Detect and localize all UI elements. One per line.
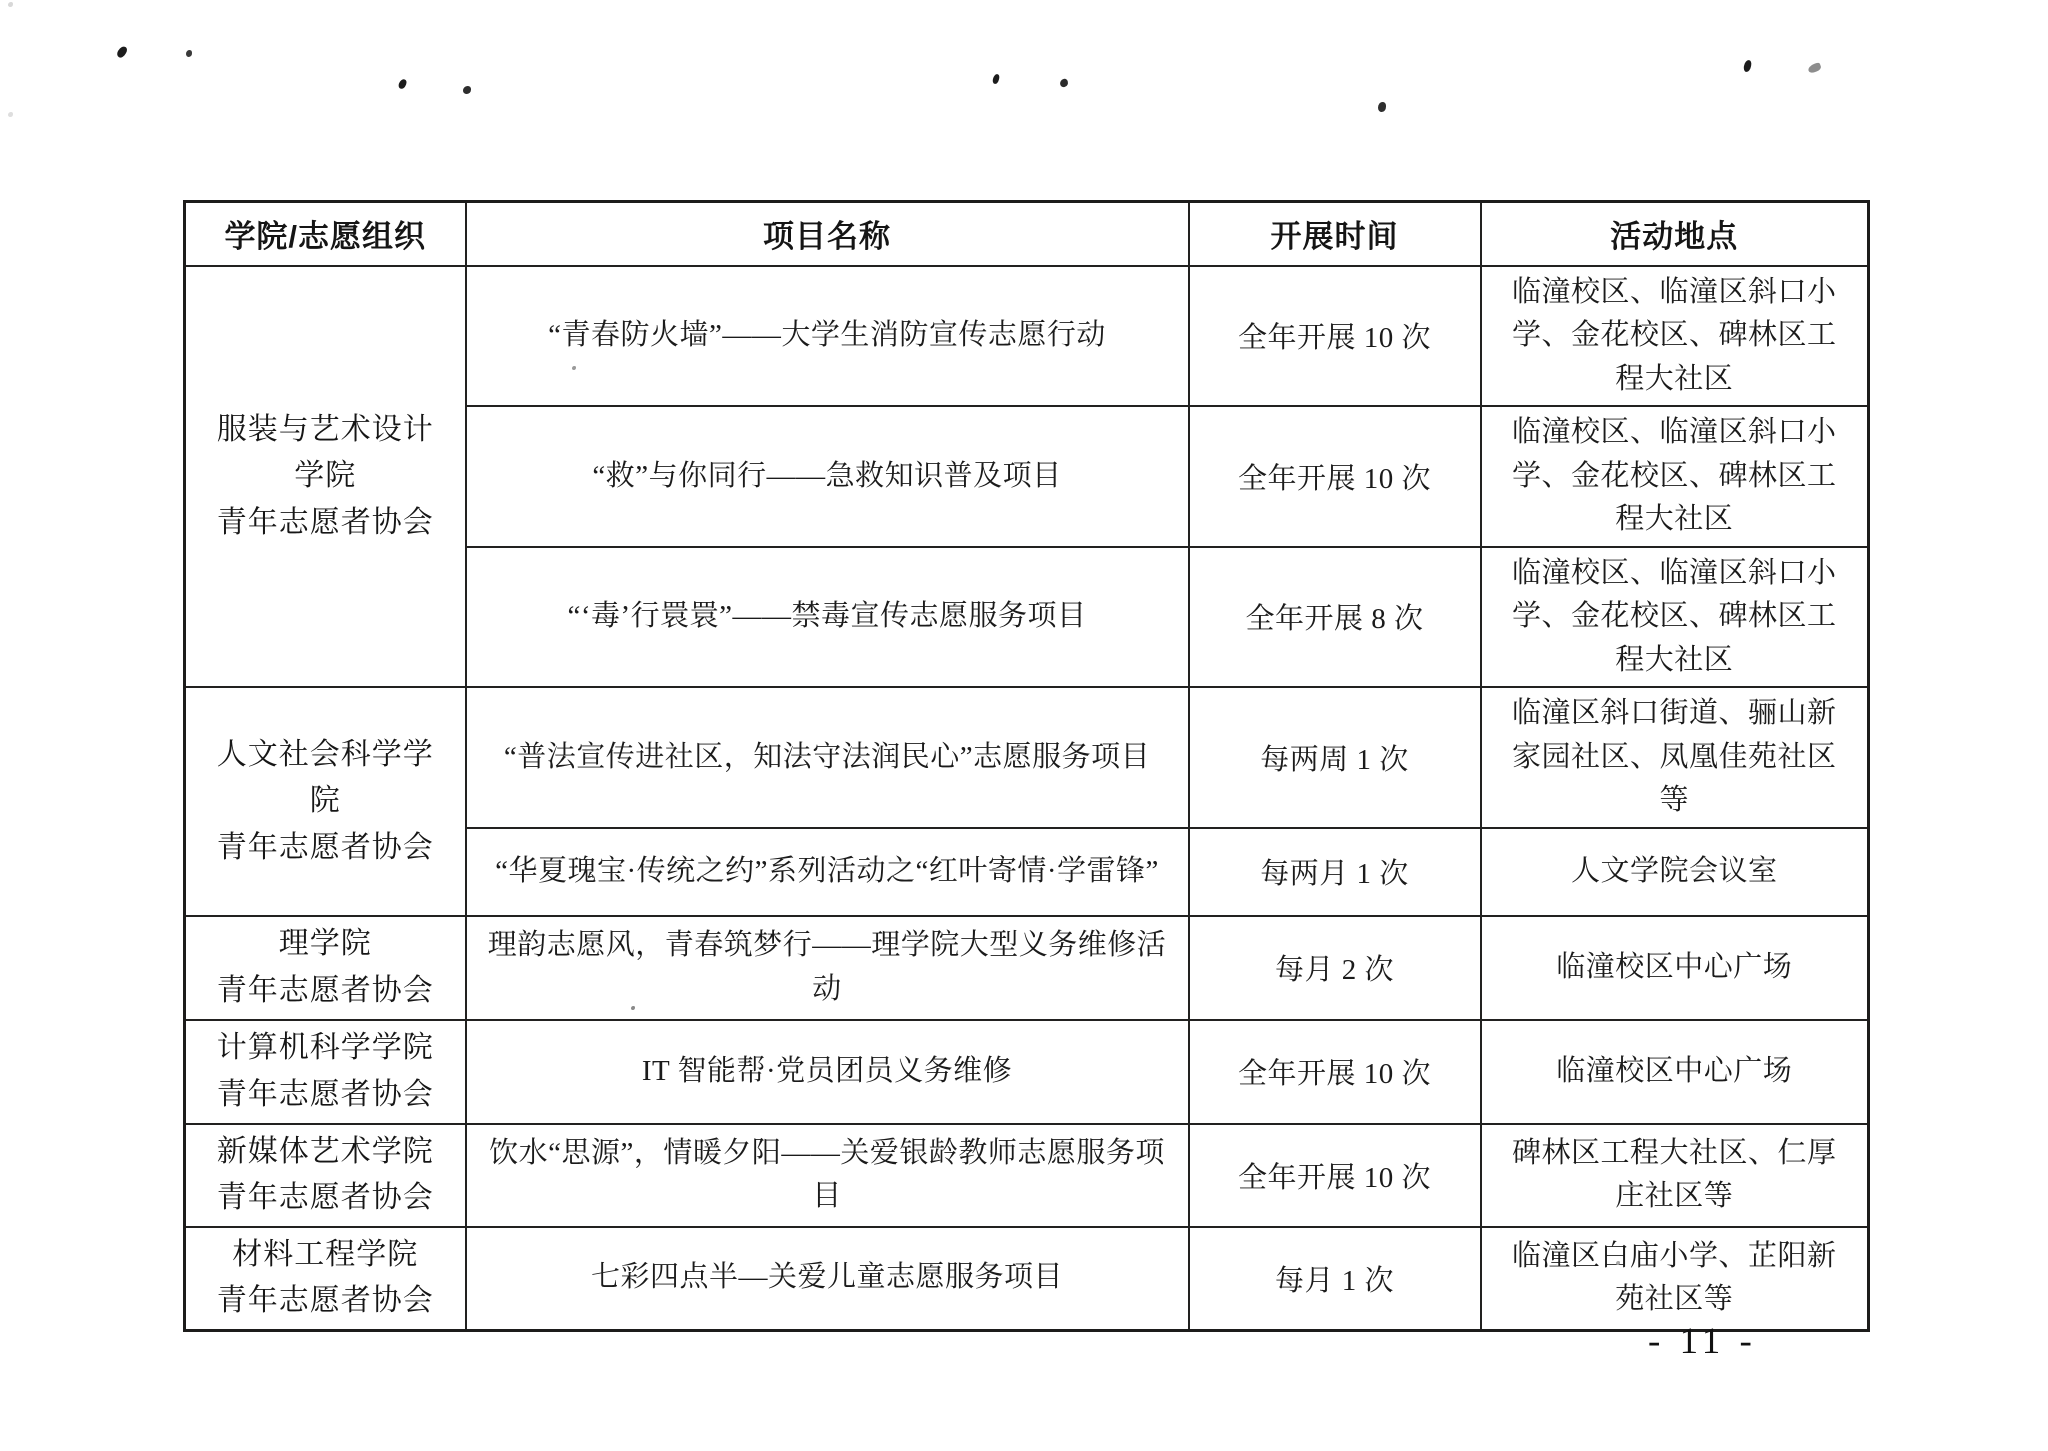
project-cell: “‘毒’行睘睘”——禁毒宣传志愿服务项目	[466, 547, 1189, 688]
table-row: 计算机科学学院 青年志愿者协会 IT 智能帮·党员团员义务维修 全年开展 10 …	[185, 1020, 1869, 1124]
header-time: 开展时间	[1189, 202, 1481, 266]
ink-speck	[8, 2, 13, 7]
header-project-name: 项目名称	[466, 202, 1189, 266]
time-cell: 每两周 1 次	[1189, 687, 1481, 828]
location-cell: 临潼区斜口街道、骊山新家园社区、凤凰佳苑社区等	[1481, 687, 1869, 828]
time-cell: 全年开展 10 次	[1189, 266, 1481, 407]
header-college-org: 学院/志愿组织	[185, 202, 466, 266]
org-cell: 人文社会科学学院 青年志愿者协会	[185, 687, 466, 916]
project-cell: 理韵志愿风，青春筑梦行——理学院大型义务维修活动	[466, 916, 1189, 1020]
project-cell: “普法宣传进社区，知法守法润民心”志愿服务项目	[466, 687, 1189, 828]
project-cell: 饮水“思源”，情暖夕阳——关爱银龄教师志愿服务项目	[466, 1124, 1189, 1227]
ink-speck	[1378, 102, 1386, 112]
location-cell: 临潼校区中心广场	[1481, 916, 1869, 1020]
table-row: 服装与艺术设计学院 青年志愿者协会 “青春防火墙”——大学生消防宣传志愿行动 全…	[185, 266, 1869, 407]
location-cell: 临潼校区、临潼区斜口小学、金花校区、碑林区工程大社区	[1481, 406, 1869, 547]
ink-speck	[116, 45, 129, 59]
org-cell: 服装与艺术设计学院 青年志愿者协会	[185, 266, 466, 688]
org-cell: 理学院 青年志愿者协会	[185, 916, 466, 1020]
project-cell: 七彩四点半—关爱儿童志愿服务项目	[466, 1227, 1189, 1331]
table-row: 新媒体艺术学院 青年志愿者协会 饮水“思源”，情暖夕阳——关爱银龄教师志愿服务项…	[185, 1124, 1869, 1227]
ink-speck	[463, 86, 471, 94]
time-cell: 全年开展 10 次	[1189, 1020, 1481, 1124]
ink-speck	[1807, 62, 1822, 74]
page-number: - 11 -	[1648, 1320, 1757, 1363]
location-cell: 人文学院会议室	[1481, 828, 1869, 916]
ink-speck	[1059, 78, 1069, 88]
ink-speck	[1743, 59, 1752, 72]
project-cell: “华夏瑰宝·传统之约”系列活动之“红叶寄情·学雷锋”	[466, 828, 1189, 916]
document-page: 学院/志愿组织 项目名称 开展时间 活动地点 服装与艺术设计学院 青年志愿者协会…	[0, 0, 2048, 1451]
table-row: 理学院 青年志愿者协会 理韵志愿风，青春筑梦行——理学院大型义务维修活动 每月 …	[185, 916, 1869, 1020]
location-cell: 临潼校区、临潼区斜口小学、金花校区、碑林区工程大社区	[1481, 547, 1869, 688]
time-cell: 全年开展 10 次	[1189, 406, 1481, 547]
project-cell: “救”与你同行——急救知识普及项目	[466, 406, 1189, 547]
time-cell: 每两月 1 次	[1189, 828, 1481, 916]
project-cell: “青春防火墙”——大学生消防宣传志愿行动	[466, 266, 1189, 407]
ink-speck	[992, 73, 1000, 84]
time-cell: 全年开展 10 次	[1189, 1124, 1481, 1227]
org-cell: 计算机科学学院 青年志愿者协会	[185, 1020, 466, 1124]
ink-speck	[8, 112, 13, 117]
table-row: 人文社会科学学院 青年志愿者协会 “普法宣传进社区，知法守法润民心”志愿服务项目…	[185, 687, 1869, 828]
time-cell: 每月 2 次	[1189, 916, 1481, 1020]
table-row: 材料工程学院 青年志愿者协会 七彩四点半—关爱儿童志愿服务项目 每月 1 次 临…	[185, 1227, 1869, 1331]
table-header-row: 学院/志愿组织 项目名称 开展时间 活动地点	[185, 202, 1869, 266]
org-cell: 材料工程学院 青年志愿者协会	[185, 1227, 466, 1331]
org-cell: 新媒体艺术学院 青年志愿者协会	[185, 1124, 466, 1227]
project-cell: IT 智能帮·党员团员义务维修	[466, 1020, 1189, 1124]
location-cell: 临潼校区、临潼区斜口小学、金花校区、碑林区工程大社区	[1481, 266, 1869, 407]
time-cell: 全年开展 8 次	[1189, 547, 1481, 688]
location-cell: 临潼区白庙小学、芷阳新苑社区等	[1481, 1227, 1869, 1331]
ink-speck	[186, 50, 192, 57]
volunteer-projects-table: 学院/志愿组织 项目名称 开展时间 活动地点 服装与艺术设计学院 青年志愿者协会…	[183, 200, 1870, 1332]
header-location: 活动地点	[1481, 202, 1869, 266]
location-cell: 临潼校区中心广场	[1481, 1020, 1869, 1124]
ink-speck	[398, 78, 408, 90]
location-cell: 碑林区工程大社区、仁厚庄社区等	[1481, 1124, 1869, 1227]
time-cell: 每月 1 次	[1189, 1227, 1481, 1331]
